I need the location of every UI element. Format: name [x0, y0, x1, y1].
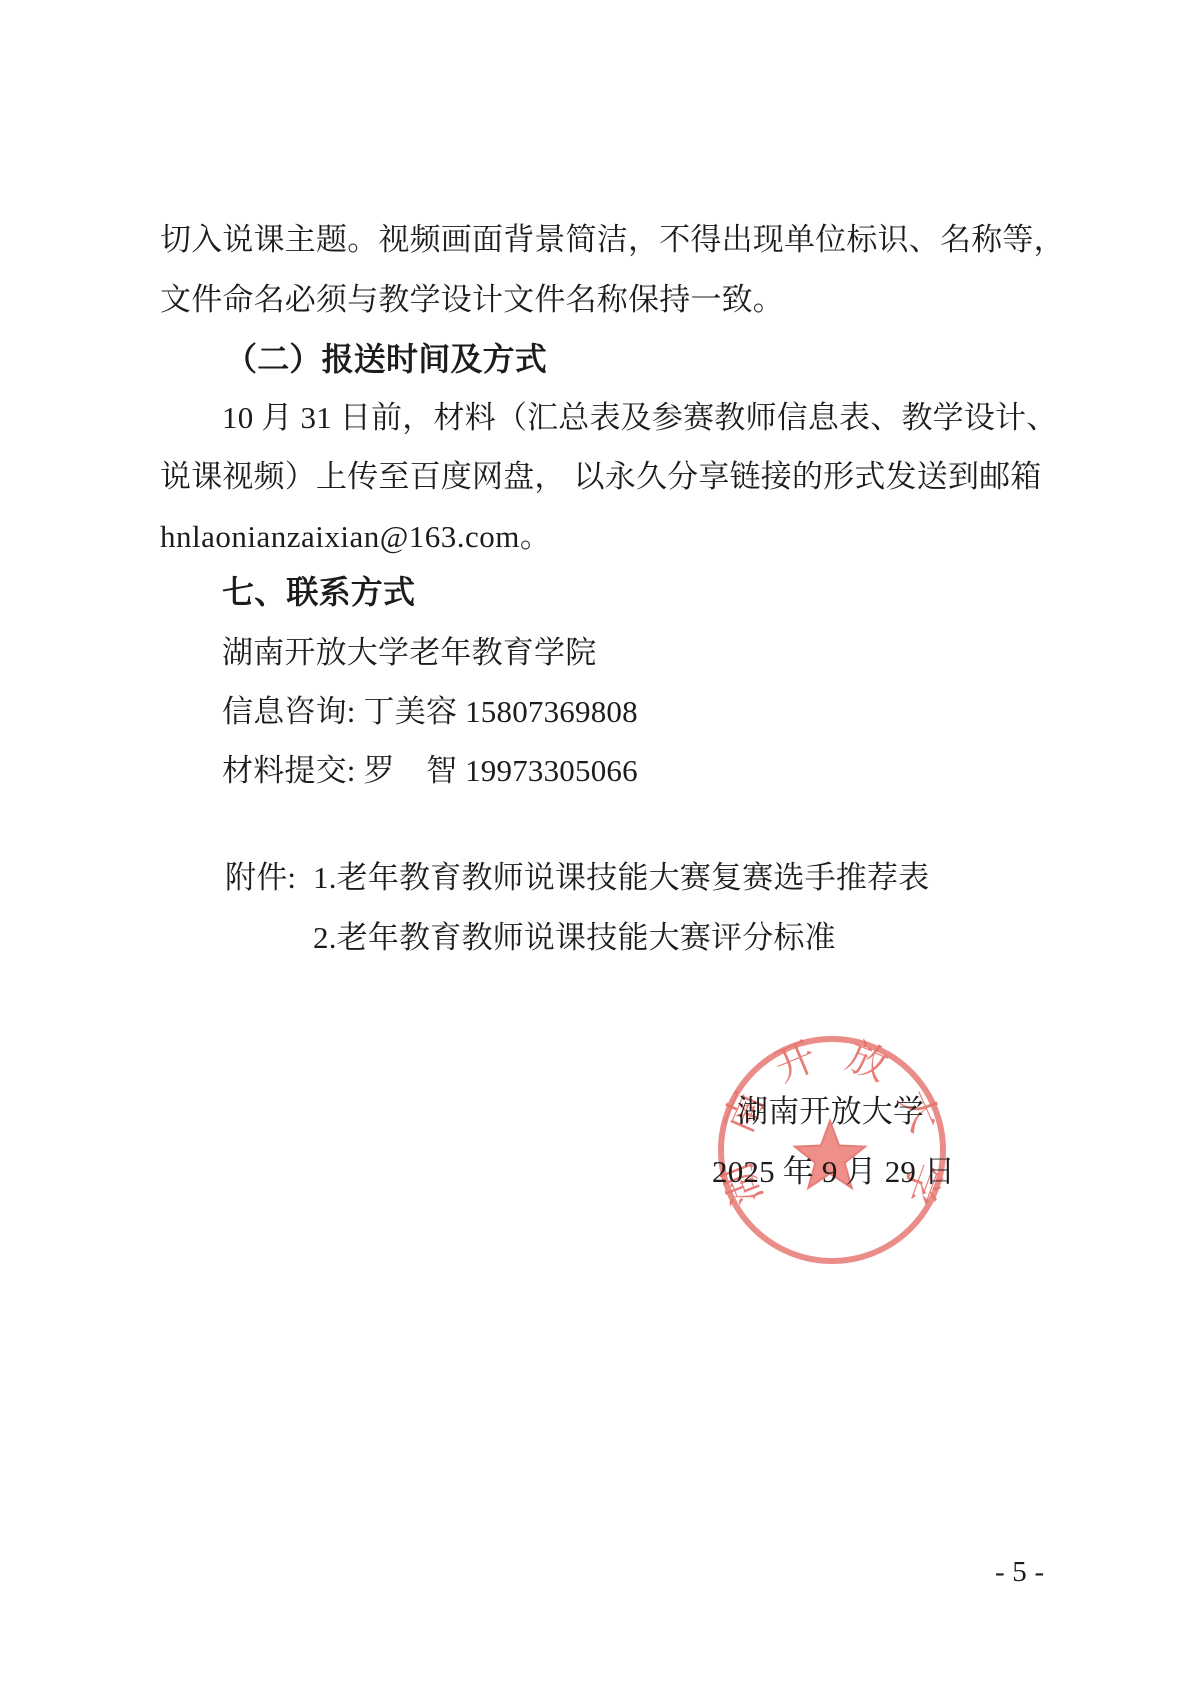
paragraph1-line2: 文件命名必须与教学设计文件名称保持一致。: [160, 284, 784, 315]
official-seal-stamp: 湖南开放大学: [707, 1025, 957, 1275]
paragraph1-line1: 切入说课主题。视频画面背景简洁，不得出现单位标识、名称等，: [160, 224, 1065, 255]
contact-submit-line: 材料提交: 罗 智 19973305066: [222, 755, 638, 786]
page-number: - 5 -: [995, 1558, 1044, 1587]
attachment-item-1: 1.老年教育教师说课技能大赛复赛选手推荐表: [313, 862, 929, 893]
paragraph2-line1: 10 月 31 日前，材料（汇总表及参赛教师信息表、教学设计、: [222, 402, 1057, 433]
signature-organization: 湖南开放大学: [737, 1096, 924, 1127]
contact-info-line: 信息咨询: 丁美容 15807369808: [222, 696, 638, 727]
section7-heading: 七、联系方式: [222, 576, 415, 608]
email-text: hnlaonianzaixian@163.com。: [160, 521, 551, 552]
attachment-label: 附件:: [225, 862, 296, 893]
attachment-item-2: 2.老年教育教师说课技能大赛评分标准: [313, 922, 836, 953]
contact-organization: 湖南开放大学老年教育学院: [222, 637, 596, 668]
paragraph2-line2: 说课视频）上传至百度网盘， 以永久分享链接的形式发送到邮箱: [160, 461, 1042, 492]
signature-date: 2025 年 9 月 29 日: [712, 1156, 955, 1187]
document-page: 切入说课主题。视频画面背景简洁，不得出现单位标识、名称等， 文件命名必须与教学设…: [0, 0, 1191, 1684]
section2-heading: （二）报送时间及方式: [225, 343, 547, 375]
